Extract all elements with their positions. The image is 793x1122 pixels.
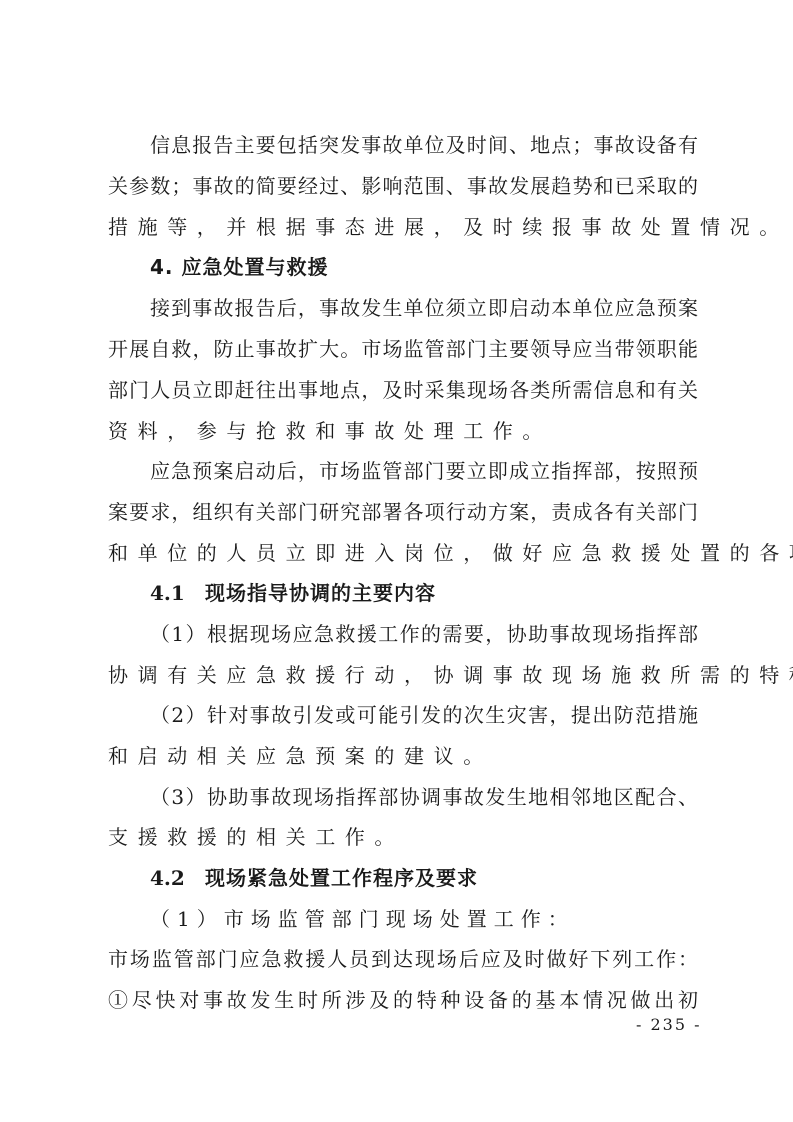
list-item-line: 协调有关应急救援行动，协调事故现场施救所需的特种设备。 <box>108 660 698 690</box>
list-item-line: （1）根据现场应急救援工作的需要，协助事故现场指挥部 <box>150 619 698 649</box>
paragraph-line: 部门人员立即赶往出事地点，及时采集现场各类所需信息和有关 <box>108 375 698 405</box>
section-title: 现场指导协调的主要内容 <box>205 581 436 605</box>
section-number: 4.2 <box>150 863 205 893</box>
section-heading-4-2: 4.2现场紧急处置工作程序及要求 <box>150 863 698 893</box>
paragraph-line: 开展自救，防止事故扩大。市场监管部门主要领导应当带领职能 <box>108 334 698 364</box>
page-number: - 235 - <box>636 1015 702 1034</box>
list-item-line: 和启动相关应急预案的建议。 <box>108 741 698 771</box>
list-item-line: 支援救援的相关工作。 <box>108 822 698 852</box>
paragraph-line: 关参数；事故的简要经过、影响范围、事故发展趋势和已采取的 <box>108 171 698 201</box>
paragraph-line: 市场监管部门应急救援人员到达现场后应及时做好下列工作： <box>108 944 698 974</box>
paragraph-line: 案要求，组织有关部门研究部署各项行动方案，责成各有关部门 <box>108 497 698 527</box>
section-heading-4-1: 4.1现场指导协调的主要内容 <box>150 578 698 608</box>
paragraph-line: 措施等，并根据事态进展，及时续报事故处置情况。 <box>108 212 698 242</box>
paragraph-line: 接到事故报告后，事故发生单位须立即启动本单位应急预案 <box>150 293 698 323</box>
paragraph-line: 资料，参与抢救和事故处理工作。 <box>108 416 698 446</box>
document-page: 信息报告主要包括突发事故单位及时间、地点；事故设备有 关参数；事故的简要经过、影… <box>0 0 793 1122</box>
list-item-line: （2）针对事故引发或可能引发的次生灾害，提出防范措施 <box>150 700 698 730</box>
list-item-line: （3）协助事故现场指挥部协调事故发生地相邻地区配合、 <box>150 782 698 812</box>
section-number: 4.1 <box>150 578 205 608</box>
section-heading-4: 4. 应急处置与救援 <box>150 252 698 282</box>
paragraph-line: 应急预案启动后，市场监管部门要立即成立指挥部，按照预 <box>150 456 698 486</box>
paragraph-line: ①尽快对事故发生时所涉及的特种设备的基本情况做出初 <box>108 985 698 1015</box>
paragraph-line: 和单位的人员立即进入岗位，做好应急救援处置的各项工作。 <box>108 538 698 568</box>
paragraph-line: 信息报告主要包括突发事故单位及时间、地点；事故设备有 <box>150 130 698 160</box>
list-item-line: （1）市场监管部门现场处置工作： <box>150 904 698 934</box>
section-title: 现场紧急处置工作程序及要求 <box>205 866 478 890</box>
